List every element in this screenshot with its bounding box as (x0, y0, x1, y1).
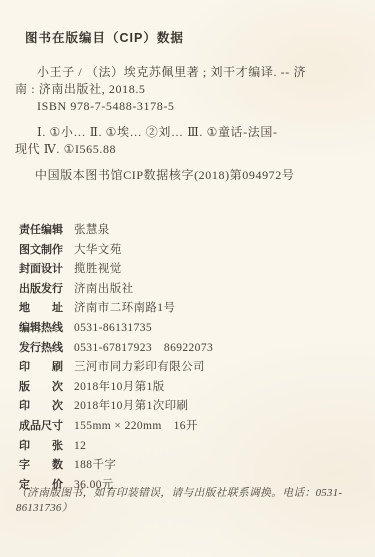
row-label: 封面设计 (19, 261, 63, 279)
colophon-row-distribution-hotline: 发行热线 0531-67817923 86922073 (19, 338, 359, 358)
row-label: 印次 (19, 398, 63, 416)
row-value: 济南出版社 (74, 283, 134, 295)
cip-publisher-line: 南 : 济南出版社, 2018.5 (15, 81, 360, 98)
row-value: 大华文苑 (74, 244, 122, 256)
colophon-row-edition: 版次 2018年10月第1版 (19, 377, 359, 397)
cip-classification-continued: 现代 Ⅳ. ①I565.88 (15, 141, 360, 158)
cip-record-number: 中国版本图书馆CIP数据核字(2018)第094972号 (15, 167, 360, 184)
row-label: 字数 (19, 457, 63, 475)
row-label: 责任编辑 (19, 222, 63, 240)
row-label: 发行热线 (19, 340, 63, 358)
colophon-row-printing: 印次 2018年10月第1次印刷 (19, 396, 359, 416)
colophon-row-editorial-hotline: 编辑热线 0531-86131735 (19, 318, 359, 338)
row-value: 三河市同力彩印有限公司 (74, 361, 205, 373)
row-label: 编辑热线 (19, 320, 63, 338)
colophon-row-dimensions: 成品尺寸 155mm × 220mm 16开 (19, 416, 359, 436)
row-value: 12 (74, 440, 86, 452)
colophon-row-address: 地址 济南市二环南路1号 (19, 298, 359, 318)
colophon-row-printer: 印刷 三河市同力彩印有限公司 (19, 357, 359, 377)
colophon-row-cover-design: 封面设计 揽胜视觉 (19, 259, 359, 279)
row-label: 图文制作 (19, 242, 63, 260)
cip-classification-line: Ⅰ. ①小… Ⅱ. ①埃… ②刘… Ⅲ. ①童话-法国- (15, 124, 360, 141)
row-value: 济南市二环南路1号 (74, 302, 175, 314)
row-value: 0531-67817923 86922073 (74, 342, 213, 354)
row-value: 2018年10月第1版 (74, 381, 165, 393)
colophon-row-sheets: 印张 12 (19, 436, 359, 456)
row-value: 2018年10月第1次印刷 (74, 400, 188, 412)
colophon-row-word-count: 字数 188千字 (19, 455, 359, 475)
misprint-exchange-note: （济南版图书，如有印装错误，请与出版社联系调换。电话：0531-86131736… (16, 486, 364, 516)
colophon: 责任编辑 张慧泉 图文制作 大华文苑 封面设计 揽胜视觉 出版发行 济南出版社 … (19, 220, 359, 494)
row-label: 成品尺寸 (19, 418, 63, 436)
cip-isbn-line: ISBN 978-7-5488-3178-5 (15, 98, 360, 115)
book-copyright-page: 图书在版编目（CIP）数据 小王子 / （法）埃克苏佩里著 ; 刘干才编译. -… (0, 0, 375, 557)
row-value: 188千字 (74, 459, 116, 471)
row-label: 地址 (19, 300, 63, 318)
row-value: 155mm × 220mm 16开 (74, 420, 198, 432)
colophon-row-publisher: 出版发行 济南出版社 (19, 279, 359, 299)
row-label: 出版发行 (19, 281, 63, 299)
colophon-row-layout: 图文制作 大华文苑 (19, 240, 359, 260)
cip-header: 图书在版编目（CIP）数据 (25, 28, 184, 46)
row-value: 0531-86131735 (74, 322, 152, 334)
row-label: 印刷 (19, 359, 63, 377)
cip-title-line: 小王子 / （法）埃克苏佩里著 ; 刘干才编译. -- 济 (15, 64, 360, 81)
cip-record-block: 小王子 / （法）埃克苏佩里著 ; 刘干才编译. -- 济 南 : 济南出版社,… (15, 64, 360, 184)
colophon-row-editor: 责任编辑 张慧泉 (19, 220, 359, 240)
row-label: 印张 (19, 438, 63, 456)
row-value: 揽胜视觉 (74, 263, 122, 275)
row-label: 版次 (19, 379, 63, 397)
row-value: 张慧泉 (74, 224, 110, 236)
